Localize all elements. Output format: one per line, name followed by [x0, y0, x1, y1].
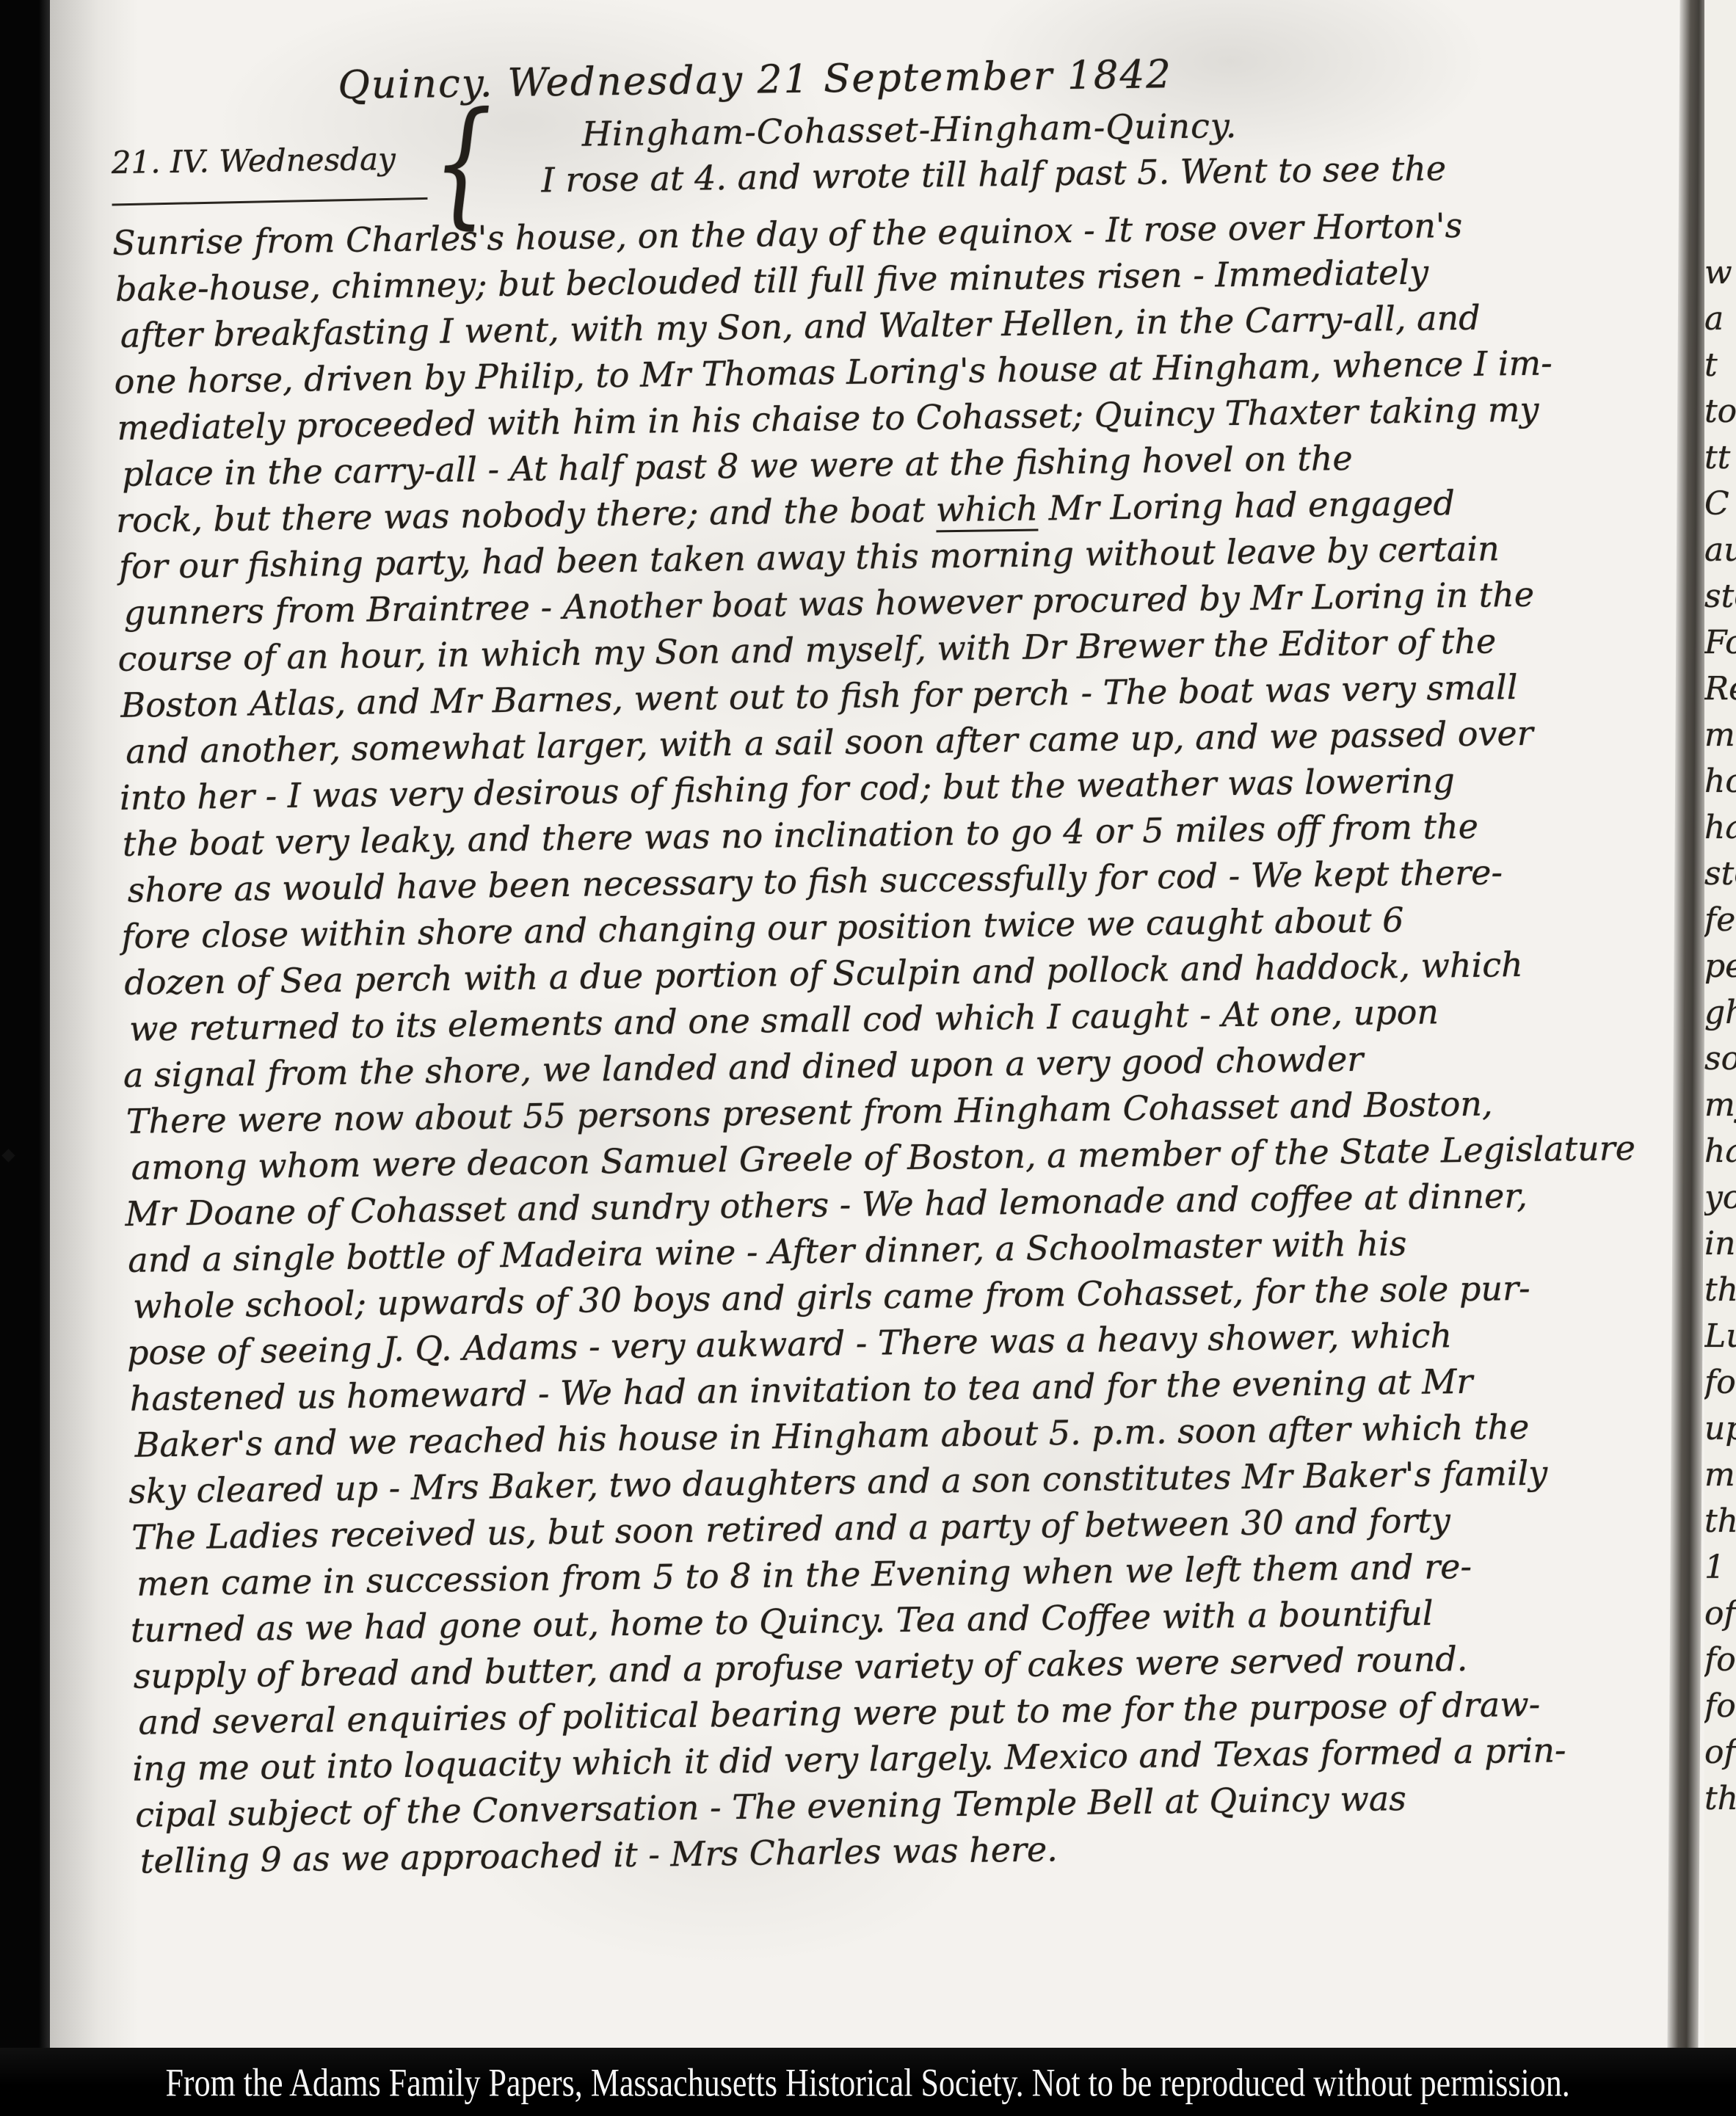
next-page-fragment: m: [1704, 712, 1736, 758]
next-page-fragment: the: [1704, 1775, 1736, 1822]
entry-underline: [112, 197, 428, 206]
next-page-fragment: up: [1704, 1406, 1736, 1452]
next-page-fragment: m-: [1704, 1452, 1736, 1498]
next-page-fragment: so: [1704, 1036, 1736, 1082]
next-page-fragment: ho: [1704, 758, 1736, 804]
entry-label-column: 21. IV. Wednesday: [111, 113, 434, 205]
next-page-fragment: Fo: [1704, 619, 1736, 666]
next-page-fragment: in: [1704, 1221, 1736, 1267]
next-page-fragment: ste: [1704, 851, 1736, 897]
underlined-word: which: [936, 489, 1039, 533]
entry-label: 21. IV. Wednesday: [111, 141, 396, 181]
next-page-fragment: pe: [1704, 943, 1736, 989]
next-page-fragment: the: [1704, 1498, 1736, 1544]
manuscript-block: Quincy. Wednesday 21 September 1842 21. …: [110, 43, 1704, 1885]
scanner-edge-strip: [0, 0, 50, 2116]
next-page-fragment: 1: [1704, 1544, 1736, 1590]
line-text: Mr Loring had engaged: [1038, 483, 1456, 528]
next-page-fragment: ste: [1704, 573, 1736, 619]
next-page-fragment: of: [1704, 1590, 1736, 1637]
next-page-fragment: for: [1704, 1683, 1736, 1729]
next-page-fragment: for: [1704, 1359, 1736, 1406]
entry-heading-column: Hingham-Cohasset-Hingham-Quincy. I rose …: [502, 100, 1446, 203]
next-page-fragment: gh: [1704, 989, 1736, 1036]
next-page-fragment: a: [1704, 296, 1736, 342]
line-text: rock, but there was nobody there; and th…: [116, 490, 936, 540]
next-page-fragment: fe: [1704, 897, 1736, 943]
next-page-fragment: C: [1704, 481, 1736, 527]
next-page-fragment: thi: [1704, 1267, 1736, 1313]
brace-glyph: {: [432, 100, 494, 228]
next-page-fragment: ha: [1704, 1128, 1736, 1174]
next-page-fragment: fo: [1704, 1637, 1736, 1683]
next-page-fragment: Lu: [1704, 1313, 1736, 1359]
next-page-fragment: au: [1704, 527, 1736, 573]
footer-credit: From the Adams Family Papers, Massachuse…: [166, 2059, 1570, 2105]
diary-scan-page: Quincy. Wednesday 21 September 1842 21. …: [0, 0, 1736, 2116]
entry-body: Sunrise from Charles's house, on the day…: [112, 200, 1705, 1885]
next-page-fragment: ha: [1704, 804, 1736, 851]
next-page-fragment: yo: [1704, 1174, 1736, 1221]
footer-banner: From the Adams Family Papers, Massachuse…: [0, 2048, 1736, 2116]
next-page-fragments: wattottCausteFoRemhohastefepeghsomyhayoi…: [1704, 0, 1736, 2048]
next-page-fragment: t: [1704, 342, 1736, 388]
next-page-fragment: my: [1704, 1082, 1736, 1128]
next-page-fragment: tt: [1704, 435, 1736, 481]
next-page-fragment: w: [1704, 250, 1736, 296]
entry-header-row: 21. IV. Wednesday { Hingham-Cohasset-Hin…: [111, 97, 1682, 208]
next-page-fragment: to: [1704, 388, 1736, 435]
next-page-fragment: Re: [1704, 666, 1736, 712]
next-page-fragment: of: [1704, 1729, 1736, 1775]
